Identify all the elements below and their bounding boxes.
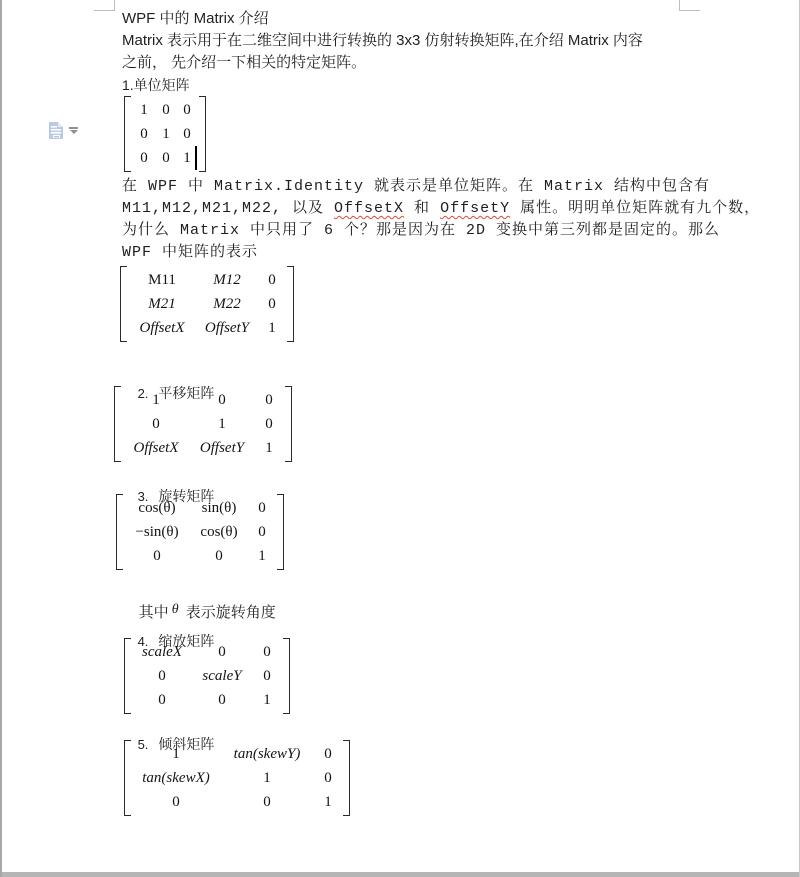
matrix-cell: OffsetX bbox=[129, 316, 195, 340]
text-boundary-mark-right bbox=[679, 0, 700, 11]
scale-matrix: scaleX 0 0 0 scaleY 0 0 0 1 bbox=[124, 638, 290, 714]
matrix-cell: 0 bbox=[177, 98, 197, 122]
matrix-cell: 0 bbox=[133, 122, 155, 146]
skew-matrix: 1 tan(skewY) 0 tan(skewX) 1 0 0 0 1 bbox=[124, 740, 350, 816]
matrix-cell: 0 bbox=[249, 520, 275, 544]
matrix-cell: 1 bbox=[255, 436, 283, 460]
intro-line-2: 之前， 先介绍一下相关的特定矩阵。 bbox=[122, 52, 366, 74]
matrix-right-bracket bbox=[199, 96, 206, 172]
matrix-cell: 1 bbox=[133, 98, 155, 122]
matrix-cell: M11 bbox=[129, 268, 195, 292]
identity-matrix: 1 0 0 0 1 0 0 0 1 bbox=[124, 96, 206, 172]
matrix-cell: tan(skewY) bbox=[219, 742, 315, 766]
matrix-cell: 0 bbox=[255, 388, 283, 412]
text-caret bbox=[195, 146, 197, 170]
matrix-left-bracket bbox=[124, 96, 131, 172]
body-paragraph[interactable]: 在 WPF 中 Matrix.Identity 就表示是单位矩阵。在 Matri… bbox=[122, 176, 712, 264]
matrix-cell: 0 bbox=[123, 412, 189, 436]
matrix-cell: 0 bbox=[191, 688, 253, 712]
body-line-2: M11,M12,M21,M22, 以及 OffsetX 和 OffsetY 属性… bbox=[122, 198, 712, 220]
window-bottom-edge bbox=[2, 872, 799, 877]
rotation-matrix: cos(θ) sin(θ) 0 −sin(θ) cos(θ) 0 0 0 1 bbox=[116, 494, 284, 570]
matrix-cell: 1 bbox=[315, 790, 341, 814]
matrix-left-bracket bbox=[124, 740, 131, 816]
body-line-4: WPF 中矩阵的表示 bbox=[122, 242, 712, 264]
matrix-cell: −sin(θ) bbox=[125, 520, 189, 544]
matrix-cell: 1 bbox=[123, 388, 189, 412]
body-line-1: 在 WPF 中 Matrix.Identity 就表示是单位矩阵。在 Matri… bbox=[122, 176, 712, 198]
matrix-left-bracket bbox=[116, 494, 123, 570]
matrix-cell: M21 bbox=[129, 292, 195, 316]
body-line-3: 为什么 Matrix 中只用了 6 个？那是因为在 2D 变换中第三列都是固定的… bbox=[122, 220, 712, 242]
matrix-cell: 1 bbox=[219, 766, 315, 790]
matrix-cell: OffsetX bbox=[123, 436, 189, 460]
matrix-cell: scaleX bbox=[133, 640, 191, 664]
matrix-cell: 0 bbox=[259, 292, 285, 316]
matrix-cell: 1 bbox=[177, 146, 197, 170]
clipboard-icon bbox=[48, 121, 65, 140]
matrix-cell: 0 bbox=[315, 766, 341, 790]
matrix-cell: sin(θ) bbox=[189, 496, 249, 520]
matrix-cell: 0 bbox=[133, 664, 191, 688]
matrix-right-bracket bbox=[285, 386, 292, 462]
matrix-cell: 0 bbox=[259, 268, 285, 292]
paste-options-button[interactable] bbox=[48, 118, 86, 142]
matrix-cell: 0 bbox=[189, 388, 255, 412]
matrix-cell: M12 bbox=[195, 268, 259, 292]
matrix-right-bracket bbox=[287, 266, 294, 342]
matrix-cell: 1 bbox=[133, 742, 219, 766]
matrix-cell: 1 bbox=[189, 412, 255, 436]
body-text: 和 bbox=[404, 200, 440, 217]
matrix-cell: 0 bbox=[133, 146, 155, 170]
matrix-cell: OffsetY bbox=[195, 316, 259, 340]
matrix-left-bracket bbox=[120, 266, 127, 342]
body-text: 属性。明明单位矩阵就有九个数， bbox=[510, 200, 760, 217]
matrix-cell: 0 bbox=[155, 146, 177, 170]
matrix-cell: 0 bbox=[253, 640, 281, 664]
chevron-down-icon bbox=[69, 127, 78, 134]
matrix-cell: 0 bbox=[255, 412, 283, 436]
matrix-cell: 1 bbox=[155, 122, 177, 146]
matrix-cell: 0 bbox=[253, 664, 281, 688]
heading-identity: 1.单位矩阵 bbox=[122, 76, 190, 94]
matrix-cell: 1 bbox=[259, 316, 285, 340]
matrix-right-bracket bbox=[277, 494, 284, 570]
misspelled-word: OffsetX bbox=[334, 200, 404, 217]
matrix-cell: 0 bbox=[315, 742, 341, 766]
body-text: M11,M12,M21,M22, 以及 bbox=[122, 200, 334, 217]
doc-title: WPF 中的 Matrix 介绍 bbox=[122, 8, 269, 30]
matrix-cell: OffsetY bbox=[189, 436, 255, 460]
matrix-cell: 1 bbox=[249, 544, 275, 568]
matrix-right-bracket bbox=[283, 638, 290, 714]
matrix-cell: cos(θ) bbox=[189, 520, 249, 544]
misspelled-word: OffsetY bbox=[440, 200, 510, 217]
matrix-left-bracket bbox=[114, 386, 121, 462]
matrix-cell: M22 bbox=[195, 292, 259, 316]
translation-matrix: 1 0 0 0 1 0 OffsetX OffsetY 1 bbox=[114, 386, 292, 462]
intro-line-1: Matrix 表示用于在二维空间中进行转换的 3x3 仿射转换矩阵,在介绍 Ma… bbox=[122, 30, 643, 52]
matrix-cell: 0 bbox=[249, 496, 275, 520]
word-editor-window: WPF 中的 Matrix 介绍 Matrix 表示用于在二维空间中进行转换的 … bbox=[0, 0, 800, 877]
matrix-cell: tan(skewX) bbox=[133, 766, 219, 790]
matrix-cell: 0 bbox=[133, 790, 219, 814]
matrix-cell: scaleY bbox=[191, 664, 253, 688]
matrix-cell: 0 bbox=[155, 98, 177, 122]
matrix-cell: 0 bbox=[219, 790, 315, 814]
text-boundary-mark-left bbox=[94, 0, 115, 11]
matrix-cell: cos(θ) bbox=[125, 496, 189, 520]
matrix-cell: 0 bbox=[133, 688, 191, 712]
matrix-cell: 0 bbox=[177, 122, 197, 146]
wpf-matrix: M11 M12 0 M21 M22 0 OffsetX OffsetY 1 bbox=[120, 266, 294, 342]
matrix-right-bracket bbox=[343, 740, 350, 816]
matrix-cell: 0 bbox=[189, 544, 249, 568]
matrix-cell: 1 bbox=[253, 688, 281, 712]
matrix-cell: 0 bbox=[125, 544, 189, 568]
matrix-cell: 0 bbox=[191, 640, 253, 664]
matrix-left-bracket bbox=[124, 638, 131, 714]
